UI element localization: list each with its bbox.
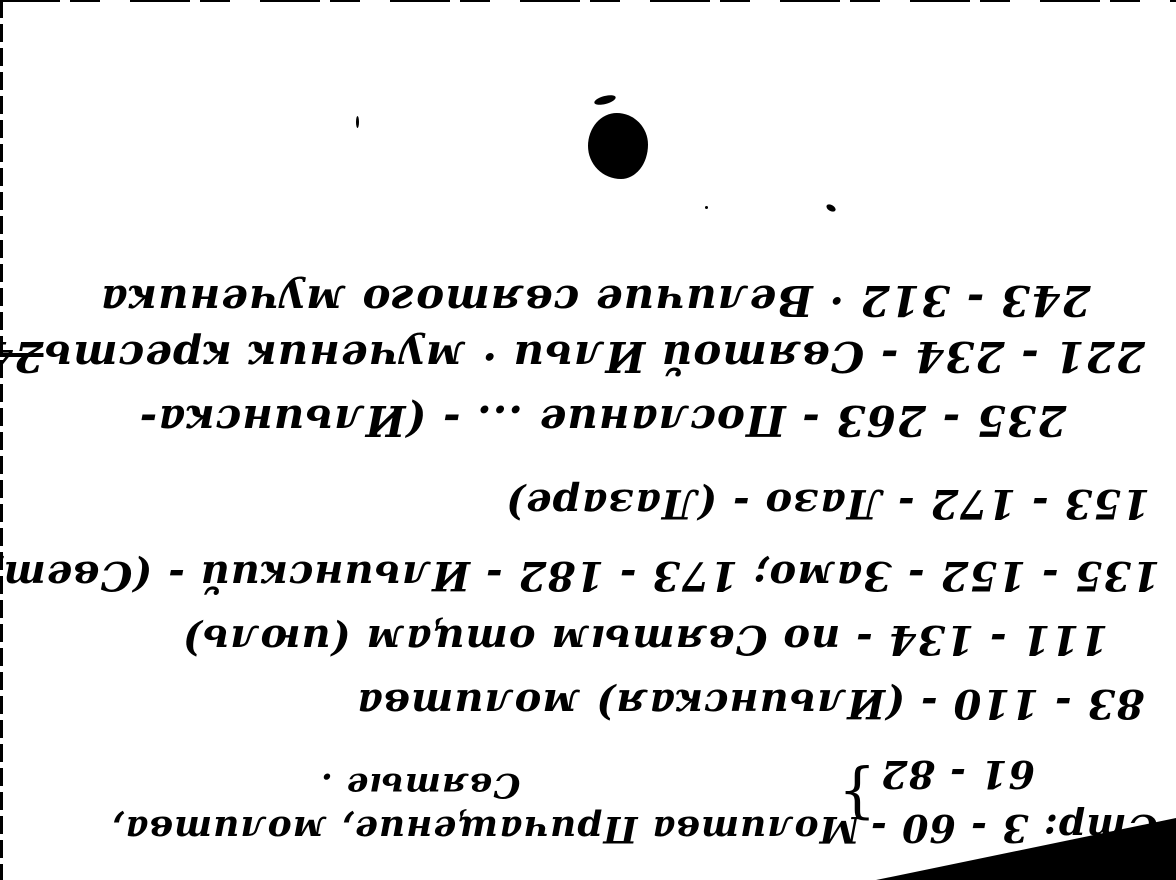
index-card: 243 - 312 · Величие святого мученика 221… [0, 0, 1176, 880]
scan-corner-shadow [876, 818, 1176, 880]
ink-blot-hole [588, 113, 648, 179]
line-2-text: 221 - 234 - Святой Ильи · мученик кресть [43, 332, 1145, 381]
card-line-4: 153 - 172 - Лазо - (Лазаре) [420, 480, 1150, 527]
card-line-5: 135 - 152 - Замо; 173 - 182 - Ильинский … [10, 552, 1160, 599]
ink-speck [356, 116, 359, 128]
card-line-8-pages: 61 - 82 [880, 752, 1035, 797]
struck-out-text: 244-9 [0, 332, 43, 381]
card-line-9: Святые . [320, 765, 520, 805]
scan-edge-left [0, 0, 3, 880]
ink-smudge [593, 93, 616, 106]
card-line-3: 235 - 263 - Послание ... - (Ильинска- [60, 396, 1145, 445]
scan-edge-top [0, 0, 1176, 2]
card-line-7: 83 - 110 - (Ильинская) молитва [340, 680, 1160, 727]
ink-speck [705, 206, 708, 209]
card-line-6: 111 - 134 - по Святым отцам (июль) [130, 616, 1160, 663]
card-line-1: 243 - 312 · Величие святого мученика [40, 276, 1150, 325]
card-line-2: 221 - 234 - Святой Ильи · мученик кресть… [35, 332, 1145, 381]
ink-speck [825, 203, 837, 213]
card-line-11: Молитва Причащение, молитва, [110, 808, 860, 850]
